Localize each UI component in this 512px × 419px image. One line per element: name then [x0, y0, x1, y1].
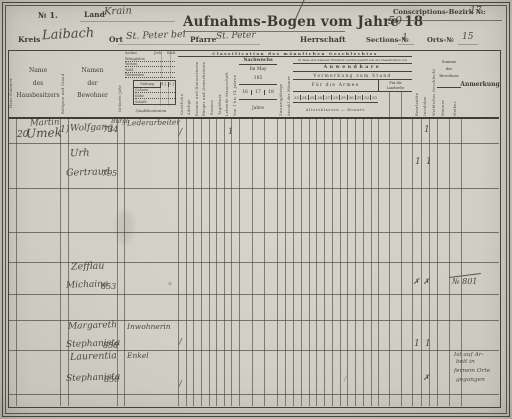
right-footer: Altersklassen — Monate — [293, 102, 378, 118]
right-vormerkung: Vormerkung zum Stand — [293, 72, 412, 80]
armee-label: Für die Armee — [312, 83, 360, 88]
mark-row4-summe-w: 1 — [425, 340, 431, 349]
entry-inhabitant-6: Margareth — [68, 321, 117, 332]
column-bewohner-line1: Namen — [82, 65, 104, 78]
livestock-divider — [168, 87, 169, 106]
grid-hline — [8, 294, 499, 295]
remark-row5-line2: beit in — [456, 360, 475, 366]
entry-status-enkel: Enkel — [127, 352, 149, 360]
grid-hline — [8, 394, 499, 395]
section-value: 1 — [402, 34, 408, 43]
column-hausnummer: Haus-Nummer — [9, 62, 13, 108]
right-armee: Für die Armee — [293, 80, 378, 92]
orts-value: 15 — [462, 33, 473, 42]
estate-box: Aecker Joch Klaft. Weingärten Wiesen Wal… — [124, 50, 178, 118]
title-underline — [183, 31, 345, 32]
right-note-text: In diese vier weiteren Rubriken werden g… — [298, 58, 407, 62]
narrow-col-label: Lebende Mannschaft — [225, 59, 229, 116]
vormerkung-label: Vormerkung zum Stand — [313, 73, 391, 78]
remark-row3: № 801 — [452, 278, 477, 286]
right-note: In diese vier weiteren Rubriken werden g… — [293, 57, 412, 64]
entry-status-inwohnerin: Inwohnerin — [127, 323, 171, 331]
ort-value: St. Peter bei — [126, 30, 186, 42]
column-geburtsjahr: Geburts-Jahr — [118, 60, 122, 112]
livestock-head-gattung: Gattung — [134, 82, 161, 88]
estate-row: Hutweiden — [125, 73, 175, 78]
summe-line3: Bewohner — [439, 72, 459, 79]
census-sheet-scan: № 1. Land Krain Conscriptions-Bezirk №: … — [0, 0, 512, 419]
sheet-number: № 1. — [38, 11, 58, 19]
narrow-col-label: Geistliche — [180, 60, 184, 115]
entry-inhabitant-4: Zefflau — [71, 261, 105, 272]
age-cell: 24 — [300, 95, 308, 100]
mark-row4-slash: / — [179, 338, 182, 346]
nachwuchs-line2: 185 — [254, 75, 262, 83]
pfarre-label: Pfarre — [190, 36, 216, 44]
estate-head-klafter: Klaft. — [167, 51, 176, 55]
mark-row4-summe-m: 1 — [414, 340, 420, 349]
age-cell: 31 — [355, 95, 363, 100]
livestock-row: Kühe — [135, 94, 175, 99]
summe-line1: Summe — [442, 58, 457, 65]
age-cell: 32 — [362, 95, 370, 100]
mark-row1-summe: 1 — [424, 126, 430, 135]
livestock-divider — [160, 87, 161, 106]
herrschaft-label: Herrschaft — [300, 36, 346, 44]
entry-inhabitant-3-number: 795 — [102, 170, 117, 178]
nachwuchs-title: Nachwuchs — [239, 57, 277, 65]
mark-row2-summe-w: 1 — [426, 158, 432, 167]
column-name-hausbesitzer: Name des Hausbesitzers — [16, 50, 60, 118]
column-name-line1: Name — [29, 65, 47, 78]
mark-row3-cross-m: ✗ — [413, 278, 420, 286]
column-religion-stand: Religion und Stand — [61, 58, 65, 114]
summe-line2: der — [446, 65, 453, 72]
summe-box: Summe der Bewohner — [437, 50, 461, 88]
grid-hline — [8, 188, 499, 189]
age-18: 18 — [264, 90, 277, 95]
kreis-label: Kreis — [18, 36, 40, 44]
column-name-line3: Hausbesitzers — [16, 90, 59, 103]
column-name-line2: des — [33, 78, 43, 91]
altersklassen-label: Altersklassen — Monate — [306, 108, 365, 112]
remark-row5-line4: gegangen — [456, 378, 485, 384]
orts-label: Orts-№ — [427, 37, 454, 44]
age-cell: 30 — [347, 95, 355, 100]
remark-row5-line3: fernem Orte — [454, 369, 490, 375]
mark-row5-slash2: / — [344, 376, 346, 383]
entry-inhabitant-1-number: 734 — [103, 126, 118, 134]
landwehr-subdivider — [389, 92, 390, 118]
column-bewohner-line3: Bewohner — [77, 90, 108, 103]
classification-band: Classification des männlichen Geschlecht… — [178, 50, 412, 57]
entry-owner-line2: Umek — [26, 126, 62, 139]
mark-row1-slash: / — [179, 129, 182, 138]
age-cell: 23 — [293, 95, 300, 100]
age-16: 16 — [239, 90, 251, 95]
nachwuchs-jahre-label: Jahre — [252, 106, 264, 111]
ort-underline — [118, 44, 260, 45]
column-zwanzigjaehrige: Zwanzigjährige — [279, 59, 283, 116]
entry-brace: 1) — [60, 126, 69, 135]
grid-hline — [8, 143, 499, 144]
kreis-value: Laibach — [42, 27, 95, 43]
form-title-year: 50 — [388, 15, 402, 26]
narrow-col-label: Bauern — [210, 60, 214, 115]
column-anzahl-maenner: Anzahl der Männer — [287, 59, 291, 116]
livestock-head-2j: 2 J. — [168, 82, 176, 87]
column-namen-bewohner: Namen der Bewohner — [68, 50, 117, 118]
estate-divider — [170, 50, 171, 78]
estate-footer: Qualificationen — [124, 108, 178, 113]
anmerkung-label: Anmerkung — [460, 81, 499, 88]
mark-row3-cross-w: ✗ — [423, 278, 430, 286]
nachwuchs-subtitle: Im May 185 — [239, 65, 277, 84]
entry-inhabitant-7-number: 858 — [103, 342, 118, 350]
estate-divider — [161, 50, 162, 78]
entry-inhabitant-2: Urh — [70, 149, 90, 160]
classification-band-label: Classification des männlichen Geschlecht… — [212, 51, 378, 56]
entry-inhabitant-8: Laurentia — [70, 351, 117, 362]
land-underline — [80, 21, 175, 22]
estate-row: Wiesen — [125, 62, 175, 67]
mark-row2-summe-m: 1 — [415, 158, 421, 167]
anwendbare-label: Anwendbare — [324, 65, 382, 70]
livestock-row: Ochsen — [135, 88, 175, 93]
right-landwehr: Für die Landwehr — [378, 80, 412, 92]
right-anwendbare: Anwendbare — [293, 64, 412, 72]
orts-underline — [458, 44, 478, 45]
age-17: 17 — [251, 90, 264, 95]
mark-row5-slash: / — [179, 380, 182, 388]
mark-row3-plus: + — [167, 281, 173, 288]
narrow-col-label: Beamte und Honoratioren — [195, 59, 199, 116]
column-anmerkung: Anmerkung — [461, 50, 499, 118]
estate-row: Wald — [125, 68, 175, 73]
nachwuchs-footer: Jahre — [239, 98, 277, 118]
right-col-label: Invaliden — [423, 59, 427, 116]
estate-row: Weingärten — [125, 57, 175, 62]
summe-weiber: Weiber — [453, 90, 457, 116]
age-cell: 27 — [323, 95, 331, 100]
nachwuchs-title-label: Nachwuchs — [243, 58, 272, 63]
land-label: Land — [84, 11, 105, 19]
narrow-col-label: Adelige — [187, 60, 191, 115]
age-cell: 26 — [315, 95, 323, 100]
estate-head-left: Aecker — [125, 51, 137, 55]
entry-inhabitant-9-number: 850 — [104, 376, 119, 384]
landwehr-subdivider — [401, 92, 402, 118]
age-cell: 33 — [370, 95, 378, 100]
summe-maenner: Männer — [441, 90, 445, 116]
narrow-col-label: Taglöhner — [218, 60, 222, 115]
mark-row5-cross: ✗ — [423, 374, 430, 382]
nachwuchs-line1: Im May — [250, 66, 267, 74]
age-cell: 28 — [331, 95, 339, 100]
conscription-value: 17 — [470, 7, 481, 16]
column-bewohner-line2: der — [87, 78, 97, 91]
landwehr-line2: Landwehr — [387, 86, 404, 91]
mark-row1-count: 1 — [228, 128, 233, 136]
narrow-col-label: Bürger und Gewerbsleute — [202, 59, 206, 116]
right-col-label: Weibliches Geschlecht — [432, 59, 436, 116]
land-value: Krain — [104, 7, 132, 18]
grid-hline — [8, 232, 499, 233]
pfarre-value: St. Peter — [216, 31, 256, 41]
narrow-col-label: Von 1 bis 14 Jahren — [233, 59, 237, 116]
ort-label: Ort — [109, 36, 123, 44]
section-underline — [398, 44, 414, 45]
livestock-box: Gattung 4 J. 2 J. Ochsen Kühe Schafe — [133, 80, 176, 105]
age-cell: 29 — [339, 95, 347, 100]
entry-inhabitant-5-number: 853 — [101, 283, 116, 291]
entry-occupation: Lederarbeiter — [127, 119, 180, 127]
age-cell: 25 — [308, 95, 316, 100]
right-col-label: Beurlaubte — [415, 59, 419, 116]
livestock-row: Schafe — [135, 100, 175, 105]
